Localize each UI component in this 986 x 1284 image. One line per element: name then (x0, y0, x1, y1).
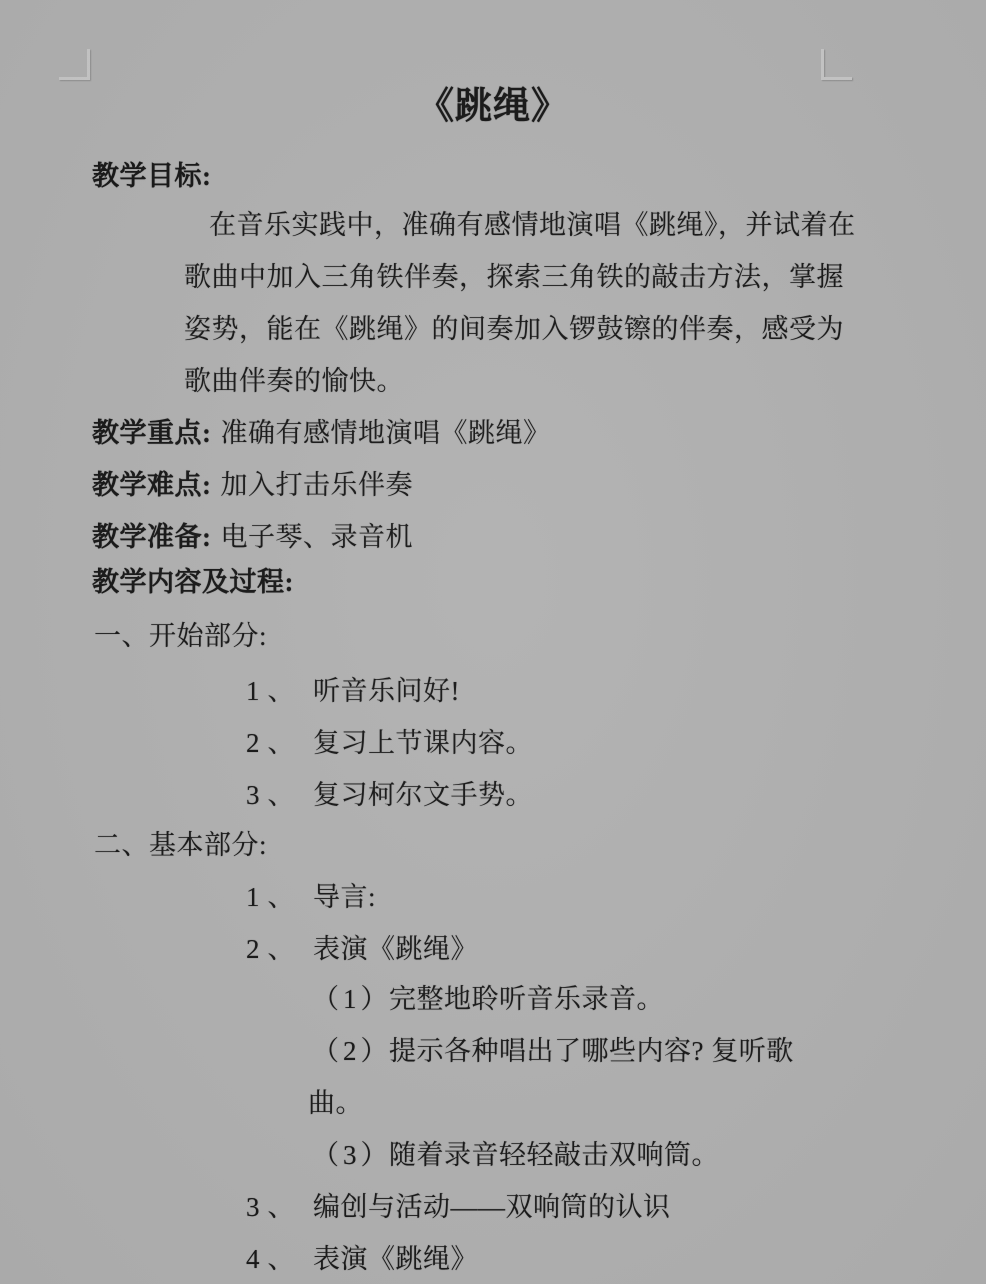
detail-value: 准确有感情地演唱《跳绳》 (221, 418, 551, 448)
list-item-text: 复习柯尔文手势。 (313, 780, 533, 810)
list-item-number: 4、 (246, 1242, 313, 1276)
list-item-number: 1、 (246, 880, 313, 914)
list-item-text: 表演《跳绳》 (313, 934, 478, 964)
process-heading: 教学内容及过程: (92, 565, 294, 599)
list-item: 3、复习柯尔文手势。 (246, 778, 533, 812)
detail-label: 教学难点: (92, 470, 212, 500)
objective-heading: 教学目标: (92, 159, 212, 193)
sub-list-item-text: 随着录音轻轻敲击双响筒。 (389, 1140, 719, 1170)
list-item: 2、复习上节课内容。 (246, 726, 533, 760)
list-item: 2、表演《跳绳》 (246, 932, 478, 966)
sub-list-item-number: （1） (312, 982, 389, 1016)
list-item: 1、导言: (246, 880, 376, 914)
sub-list-item: （2）提示各种唱出了哪些内容? 复听歌 (312, 1034, 794, 1068)
sub-list-item: （3）随着录音轻轻敲击双响筒。 (312, 1138, 719, 1172)
list-item-number: 2、 (246, 932, 313, 966)
detail-row-key-point: 教学重点:准确有感情地演唱《跳绳》 (92, 416, 551, 450)
sub-list-item-number: （3） (312, 1138, 389, 1172)
list-item: 1、听音乐问好! (246, 674, 460, 708)
list-item-number: 2、 (246, 726, 313, 760)
list-item-number: 1、 (246, 674, 313, 708)
sub-list-item-text: 完整地聆听音乐录音。 (389, 984, 664, 1014)
detail-value: 电子琴、录音机 (221, 522, 414, 552)
detail-row-preparation: 教学准备:电子琴、录音机 (92, 520, 413, 554)
list-item-text: 导言: (313, 882, 376, 912)
objective-paragraph-line: 姿势，能在《跳绳》的间奏加入锣鼓镲的伴奏，感受为 (184, 312, 844, 346)
detail-row-difficulty: 教学难点:加入打击乐伴奏 (92, 468, 413, 502)
document-title: 《跳绳》 (0, 84, 986, 130)
list-item: 3、编创与活动——双响筒的认识 (246, 1190, 671, 1224)
list-item-number: 3、 (246, 778, 313, 812)
detail-label: 教学重点: (92, 418, 212, 448)
detail-value: 加入打击乐伴奏 (221, 470, 414, 500)
detail-label: 教学准备: (92, 522, 212, 552)
sub-list-item-wrap-line: 曲。 (308, 1086, 363, 1120)
list-item-text: 表演《跳绳》 (313, 1244, 478, 1274)
sub-list-item-text: 提示各种唱出了哪些内容? 复听歌 (389, 1036, 794, 1066)
sub-list-item-number: （2） (312, 1034, 389, 1068)
objective-paragraph-line: 歌曲伴奏的愉快。 (184, 364, 404, 398)
document-page: 《跳绳》 教学目标: 在音乐实践中，准确有感情地演唱《跳绳》，并试着在 歌曲中加… (0, 0, 986, 1284)
objective-paragraph-line: 歌曲中加入三角铁伴奏，探索三角铁的敲击方法，掌握 (184, 260, 844, 294)
margin-crop-mark-right (821, 49, 852, 80)
margin-crop-mark-left (59, 49, 90, 80)
section2-heading: 二、基本部分: (94, 828, 267, 862)
sub-list-item: （1）完整地聆听音乐录音。 (312, 982, 664, 1016)
list-item-text: 听音乐问好! (313, 676, 460, 706)
objective-paragraph-line: 在音乐实践中，准确有感情地演唱《跳绳》，并试着在 (209, 208, 856, 242)
list-item-number: 3、 (246, 1190, 313, 1224)
list-item-text: 复习上节课内容。 (313, 728, 533, 758)
section1-heading: 一、开始部分: (94, 619, 267, 653)
list-item: 4、表演《跳绳》 (246, 1242, 478, 1276)
list-item-text: 编创与活动——双响筒的认识 (313, 1192, 671, 1222)
